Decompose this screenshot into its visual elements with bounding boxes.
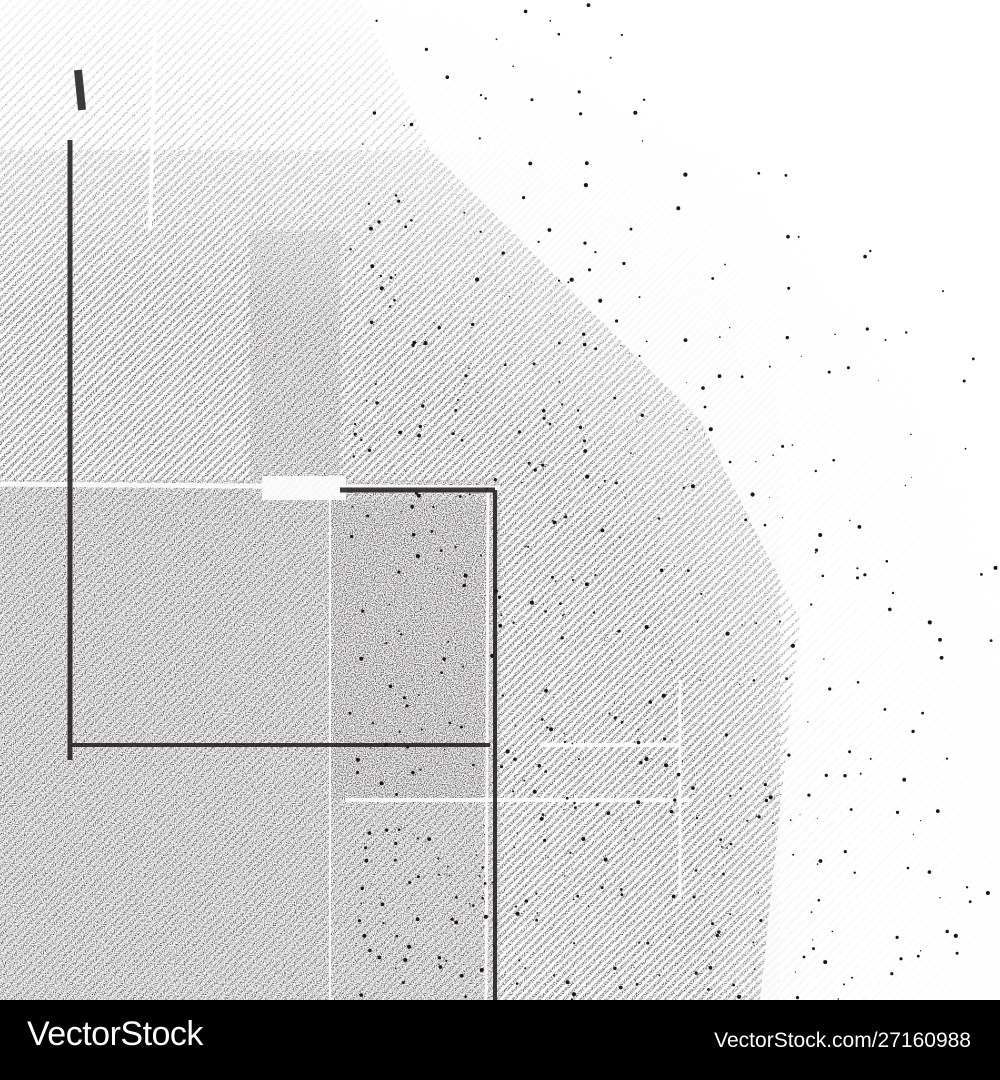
watermark-footer-bar: VectorStock VectorStock.com/27160988 xyxy=(0,1000,1000,1080)
grunge-texture-image xyxy=(0,0,1000,1000)
grunge-texture-graphic xyxy=(0,0,1000,1000)
image-id-text: VectorStock.com/27160988 xyxy=(714,1030,971,1051)
vectorstock-logo: VectorStock xyxy=(27,1017,203,1051)
